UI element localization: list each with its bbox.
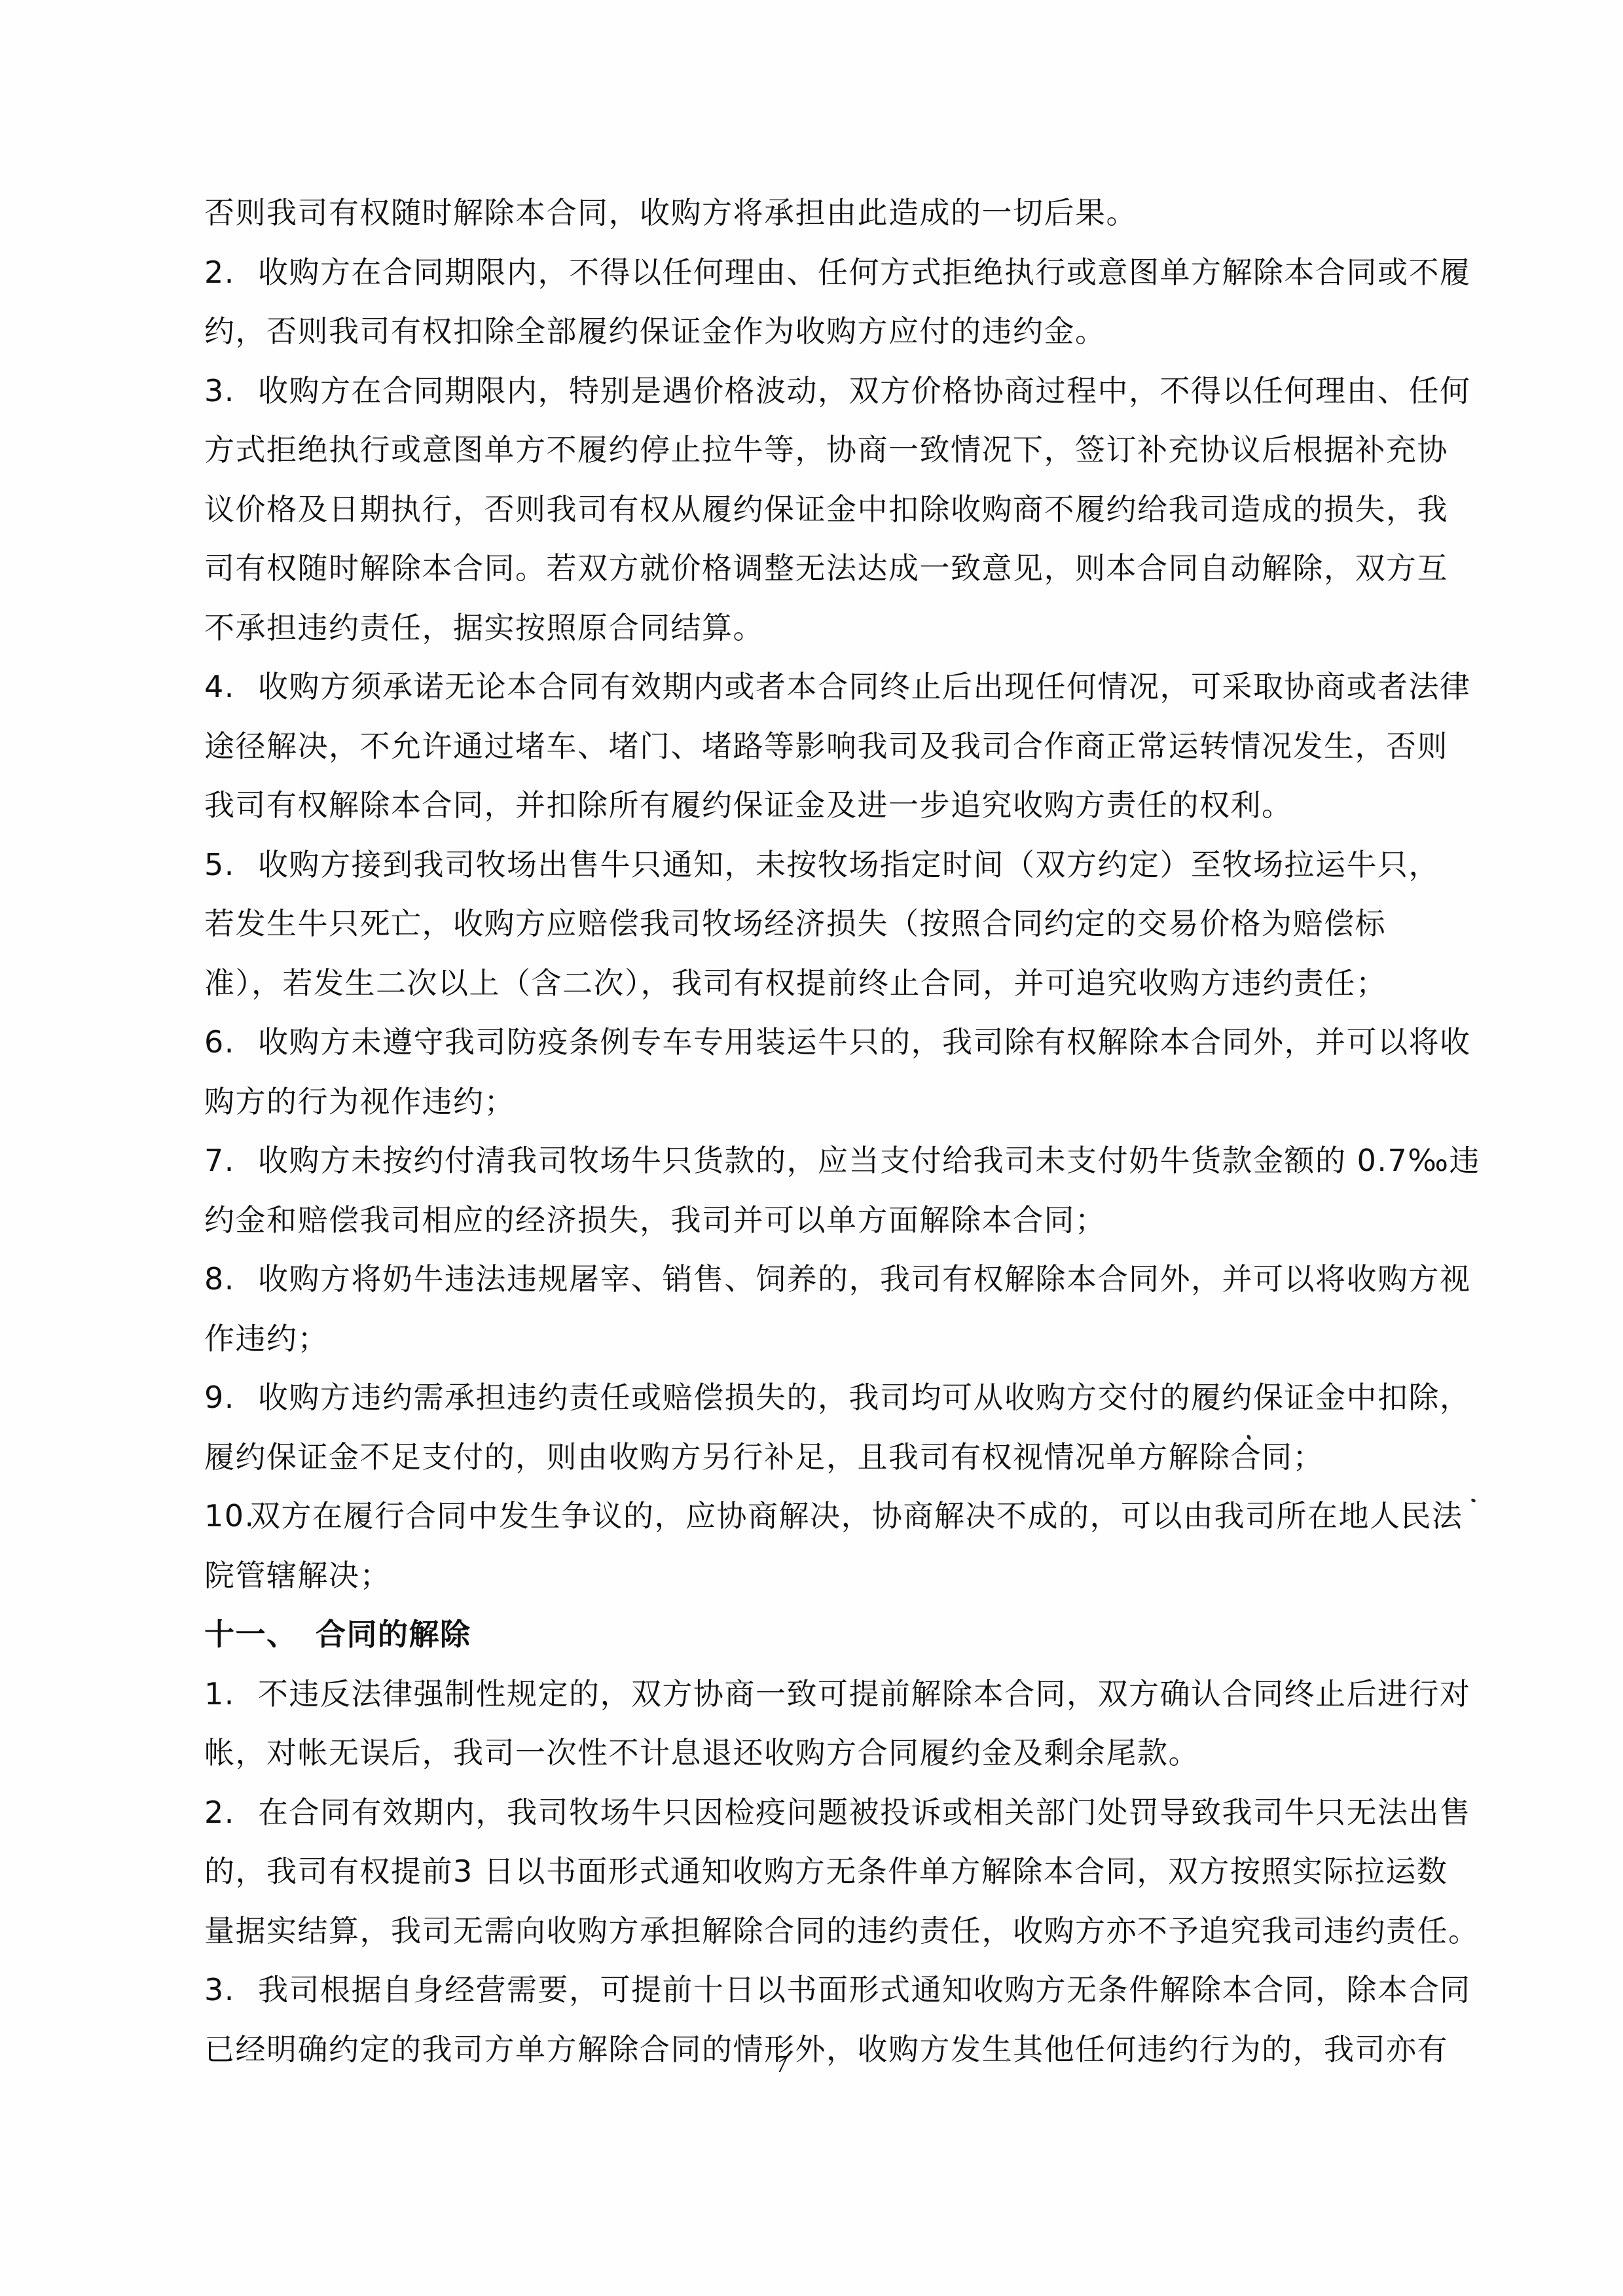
clause-number: 3. xyxy=(204,361,258,421)
clause-number: 6. xyxy=(204,1013,258,1072)
text-line: 途径解决，不允许通过堵车、堵门、堵路等影响我司及我司合作商正常运转情况发生，否则 xyxy=(204,717,1383,776)
page-number: 7 xyxy=(776,2050,788,2079)
text-line: 司有权随时解除本合同。若双方就价格调整无法达成一致意见，则本合同自动解除，双方互 xyxy=(204,539,1383,598)
clause-number: 1. xyxy=(204,1664,258,1724)
clause-number: 7. xyxy=(204,1131,258,1191)
section-title: 合同的解除 xyxy=(316,1617,471,1652)
section-heading: 十一、合同的解除 xyxy=(204,1605,1383,1664)
text-line: 方式拒绝执行或意图单方不履约停止拉牛等，协商一致情况下，签订补充协议后根据补充协 xyxy=(204,420,1383,480)
clause-1-line: 1.不违反法律强制性规定的，双方协商一致可提前解除本合同，双方确认合同终止后进行… xyxy=(204,1664,1383,1724)
text-line: 已经明确约定的我司方单方解除合同的情形外，收购方发生其他任何违约行为的，我司亦有 xyxy=(204,2020,1383,2079)
text-line: 否则我司有权随时解除本合同，收购方将承担由此造成的一切后果。 xyxy=(204,183,1383,243)
clause-number: 8. xyxy=(204,1249,258,1309)
clause-5-line: 5.收购方接到我司牧场出售牛只通知，未按牧场指定时间（双方约定）至牧场拉运牛只， xyxy=(204,835,1383,895)
text-line: 约，否则我司有权扣除全部履约保证金作为收购方应付的违约金。 xyxy=(204,302,1383,361)
text-line: 准），若发生二次以上（含二次），我司有权提前终止合同，并可追究收购方违约责任； xyxy=(204,954,1383,1013)
text-line: 若发生牛只死亡，收购方应赔偿我司牧场经济损失（按照合同约定的交易价格为赔偿标 xyxy=(204,894,1383,954)
text-line: 不承担违约责任，据实按照原合同结算。 xyxy=(204,598,1383,658)
scan-artifact-mark xyxy=(1470,1498,1476,1503)
clause-number: 2. xyxy=(204,243,258,302)
text-line: 我司有权解除本合同，并扣除所有履约保证金及进一步追究收购方责任的权利。 xyxy=(204,776,1383,835)
section-number: 十一、 xyxy=(204,1605,316,1664)
clause-number: 4. xyxy=(204,657,258,717)
text-line: 履约保证金不足支付的，则由收购方另行补足，且我司有权视情况单方解除合同； xyxy=(204,1427,1383,1487)
clause-3-line: 3.我司根据自身经营需要，可提前十日以书面形式通知收购方无条件解除本合同，除本合… xyxy=(204,1960,1383,2020)
document-page: 否则我司有权随时解除本合同，收购方将承担由此造成的一切后果。 2.收购方在合同期… xyxy=(0,0,1623,2296)
text-line: 购方的行为视作违约； xyxy=(204,1072,1383,1132)
clause-2-line: 2.在合同有效期内，我司牧场牛只因检疫问题被投诉或相关部门处罚导致我司牛只无法出… xyxy=(204,1783,1383,1842)
clause-number: 5. xyxy=(204,835,258,895)
clause-number: 9. xyxy=(204,1368,258,1427)
text-line: 帐，对帐无误后，我司一次性不计息退还收购方合同履约金及剩余尾款。 xyxy=(204,1723,1383,1783)
clause-6-line: 6.收购方未遵守我司防疫条例专车专用装运牛只的，我司除有权解除本合同外，并可以将… xyxy=(204,1013,1383,1072)
clause-10-line: 10.双方在履行合同中发生争议的，应协商解决，协商解决不成的，可以由我司所在地人… xyxy=(204,1486,1383,1546)
text-line: 量据实结算，我司无需向收购方承担解除合同的违约责任，收购方亦不予追究我司违约责任… xyxy=(204,1901,1383,1961)
text-line: 作违约； xyxy=(204,1309,1383,1369)
contract-body: 否则我司有权随时解除本合同，收购方将承担由此造成的一切后果。 2.收购方在合同期… xyxy=(204,183,1383,2079)
text-line: 院管辖解决； xyxy=(204,1546,1383,1605)
clause-3-line: 3.收购方在合同期限内，特别是遇价格波动，双方价格协商过程中，不得以任何理由、任… xyxy=(204,361,1383,421)
clause-number: 10. xyxy=(204,1486,250,1546)
text-line: 约金和赔偿我司相应的经济损失，我司并可以单方面解除本合同； xyxy=(204,1191,1383,1250)
text-line: 的，我司有权提前3 日以书面形式通知收购方无条件单方解除本合同，双方按照实际拉运… xyxy=(204,1842,1383,1901)
clause-2-line: 2.收购方在合同期限内，不得以任何理由、任何方式拒绝执行或意图单方解除本合同或不… xyxy=(204,243,1383,302)
clause-8-line: 8.收购方将奶牛违法违规屠宰、销售、饲养的，我司有权解除本合同外，并可以将收购方… xyxy=(204,1249,1383,1309)
clause-number: 2. xyxy=(204,1783,258,1842)
text-line: 议价格及日期执行，否则我司有权从履约保证金中扣除收购商不履约给我司造成的损失，我 xyxy=(204,480,1383,539)
clause-7-line: 7.收购方未按约付清我司牧场牛只货款的，应当支付给我司未支付奶牛货款金额的 0.… xyxy=(204,1131,1383,1191)
clause-4-line: 4.收购方须承诺无论本合同有效期内或者本合同终止后出现任何情况，可采取协商或者法… xyxy=(204,657,1383,717)
clause-9-line: 9.收购方违约需承担违约责任或赔偿损失的，我司均可从收购方交付的履约保证金中扣除… xyxy=(204,1368,1383,1427)
clause-number: 3. xyxy=(204,1960,258,2020)
